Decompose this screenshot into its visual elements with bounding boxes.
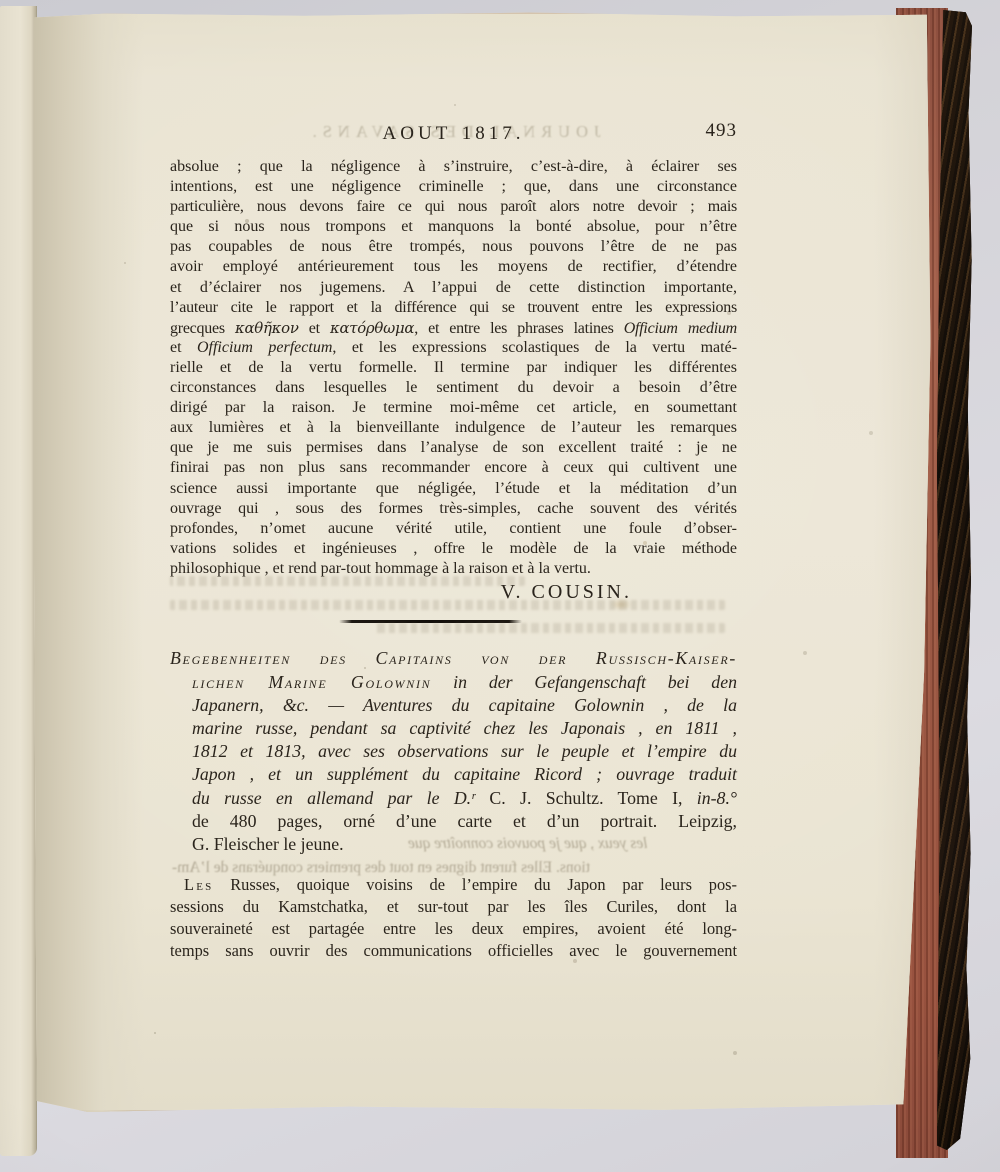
heading-line: marine russe, pendant sa captivité chez … [170, 717, 737, 740]
text-line: absolue ; que la négligence à s’instruir… [170, 157, 737, 177]
text-line: ouvrage qui , sous des formes très-simpl… [170, 499, 737, 519]
heading-line: Japon , et un supplément du capitaine Ri… [170, 763, 737, 786]
text-line: pas coupables de nous être trompés, nous… [170, 237, 737, 257]
heading-line: G. Fleischer le jeune. [170, 833, 737, 856]
running-title: AOUT 1817. [170, 123, 737, 145]
heading-line: de 480 pages, orné d’une carte et d’un p… [170, 810, 737, 833]
book-page: JOURNAL DES SAVANS. AOUT 1817. 493 absol… [34, 12, 934, 1112]
text-line: particulière, nous devons faire ce qui n… [170, 197, 737, 217]
text-line: profondes, n’omet aucune vérité utile, c… [170, 519, 737, 539]
text-line: circonstances dans lesquelles le sentime… [170, 378, 737, 398]
heading-line: Begebenheiten des Capitains von der Russ… [170, 647, 737, 670]
text-line: et Officium perfectum, et les expression… [170, 338, 737, 358]
text-line: Les Russes, quoique voisins de l’empire … [170, 874, 737, 896]
text-line: souveraineté est partagée entre les deux… [170, 918, 737, 940]
text-line: temps sans ouvrir des communications off… [170, 940, 737, 962]
printed-text-block: JOURNAL DES SAVANS. AOUT 1817. 493 absol… [170, 120, 737, 962]
previous-page-edge [0, 6, 37, 1156]
text-line: aux lumières et à la bienveillante indul… [170, 418, 737, 438]
text-line: rielle et de la vertu formelle. Il termi… [170, 358, 737, 378]
text-line: que je me suis permises dans l’analyse d… [170, 438, 737, 458]
book-photo-scene: JOURNAL DES SAVANS. AOUT 1817. 493 absol… [0, 0, 1000, 1172]
bleed-through-stripe [170, 600, 725, 610]
heading-line: lichen Marine Golownin in der Gefangensc… [170, 671, 737, 694]
text-line: science aussi importante que négligée, l… [170, 479, 737, 499]
heading-line: Japanern, &c. — Aventures du capitaine G… [170, 694, 737, 717]
text-line: l’auteur cite le rapport et la différenc… [170, 298, 737, 318]
golownin-review-heading: Begebenheiten des Capitains von der Russ… [170, 647, 737, 856]
text-line: grecques καθῆκον et κατόρθωμα, et entre … [170, 318, 737, 338]
text-line: dirigé par la raison. Je termine moi-mêm… [170, 398, 737, 418]
text-line: vations solides et ingénieuses , offre l… [170, 539, 737, 559]
book-cover-edge [937, 10, 972, 1150]
heading-line: du russe en allemand par le D.ʳ C. J. Sc… [170, 787, 737, 810]
bleed-through-stripe [170, 576, 525, 586]
cousin-article-paragraph: absolue ; que la négligence à s’instruir… [170, 157, 737, 579]
text-line: sessions du Kamstchatka, et sur-tout par… [170, 896, 737, 918]
text-line: que si nous nous trompons et manquons la… [170, 217, 737, 237]
text-line: avoir employé antérieurement tous les mo… [170, 257, 737, 277]
gutter-shadow [34, 12, 144, 1112]
heading-line: 1812 et 1813, avec ses observations sur … [170, 740, 737, 763]
text-line: et d’éclairer nos jugemens. A l’appui de… [170, 278, 737, 298]
page-number: 493 [706, 120, 738, 142]
text-line: finirai pas non plus sans recommander en… [170, 458, 737, 478]
page-header: AOUT 1817. 493 [170, 120, 737, 157]
golownin-review-paragraph: Les Russes, quoique voisins de l’empire … [170, 874, 737, 962]
text-line: intentions, est une négligence criminell… [170, 177, 737, 197]
bleed-through-stripe [375, 623, 725, 633]
